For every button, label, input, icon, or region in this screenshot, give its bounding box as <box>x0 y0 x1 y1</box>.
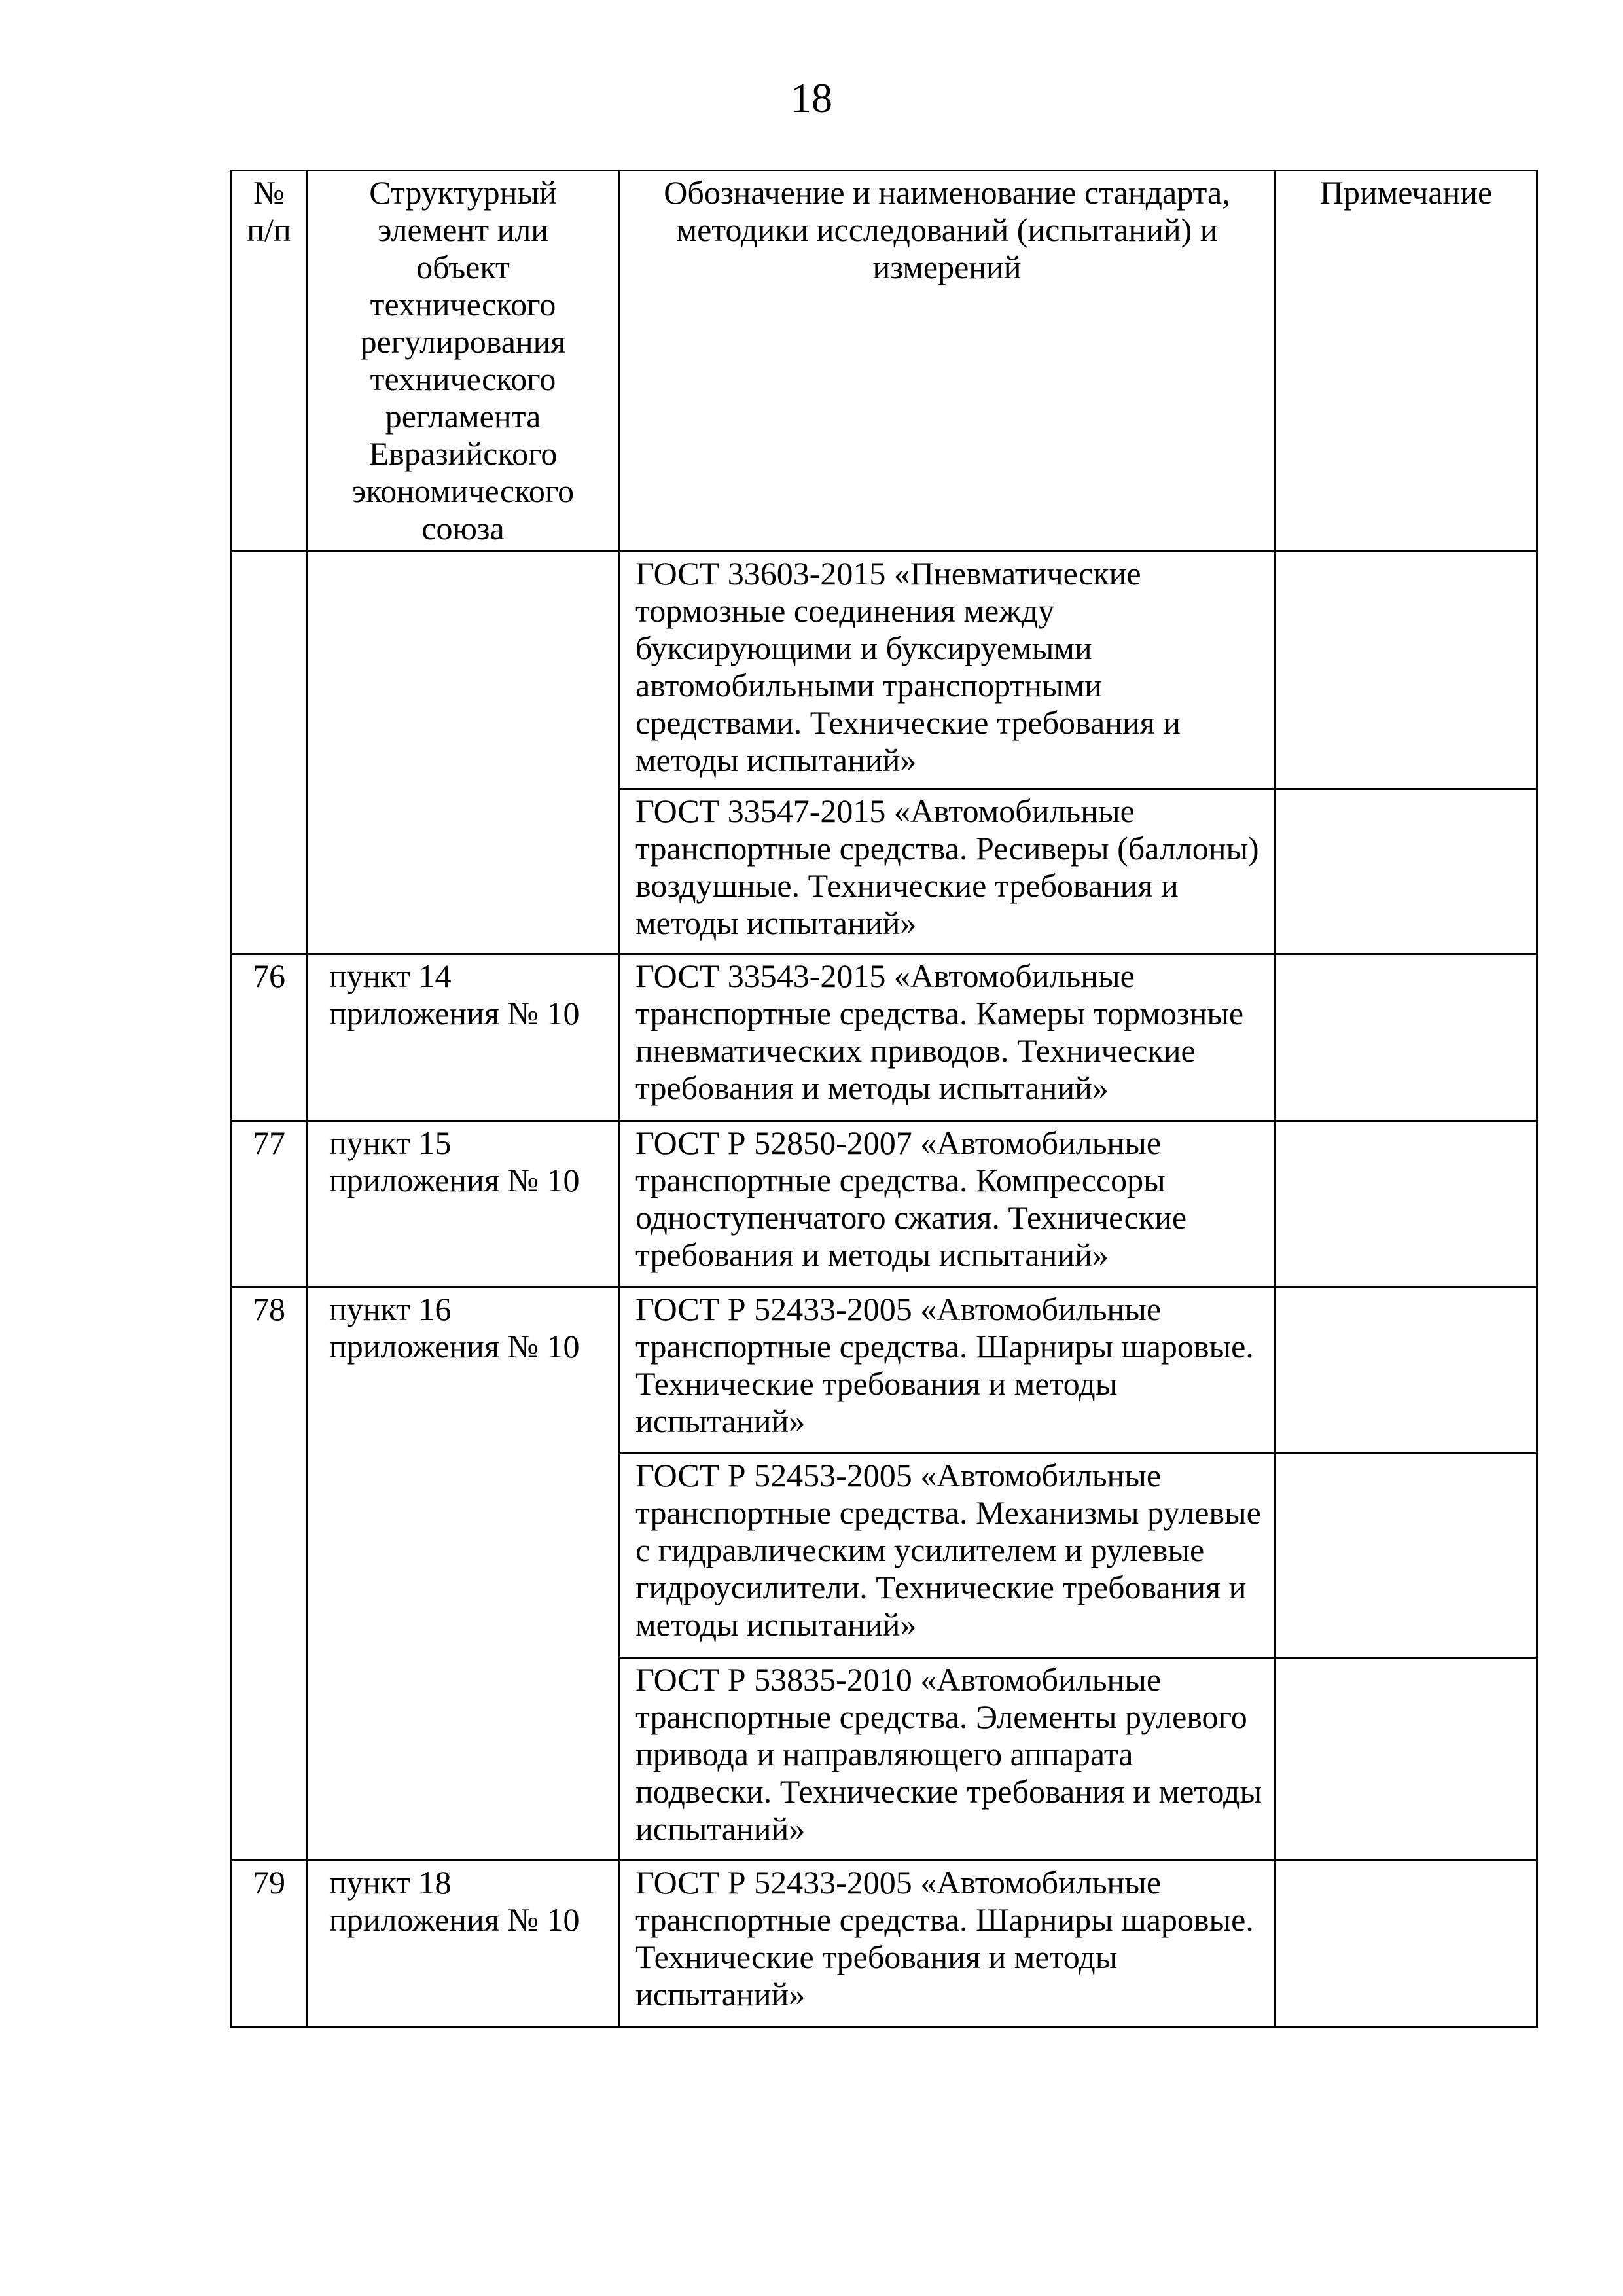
row-standard-cell: ГОСТ Р 52433-2005 «Автомобильные транспо… <box>619 1861 1275 2028</box>
page-number: 18 <box>0 72 1623 124</box>
table-header-row: № п/п Структурный элемент или объект тех… <box>231 171 1537 552</box>
row-standard-cell: ГОСТ 33543-2015 «Автомобильные транспорт… <box>619 954 1275 1121</box>
row-standard-cell: ГОСТ 33547-2015 «Автомобильные транспорт… <box>619 789 1275 954</box>
row-note-cell <box>1275 1121 1537 1287</box>
row-element-cell <box>308 552 619 954</box>
row-standard-cell: ГОСТ Р 52850-2007 «Автомобильные транспо… <box>619 1121 1275 1287</box>
row-element-cell: пункт 16 приложения № 10 <box>308 1287 619 1861</box>
header-element: Структурный элемент или объект техническ… <box>308 171 619 552</box>
table-row: 77 пункт 15 приложения № 10 ГОСТ Р 52850… <box>231 1121 1537 1287</box>
table-row: 78 пункт 16 приложения № 10 ГОСТ Р 52433… <box>231 1287 1537 1454</box>
table-row: 76 пункт 14 приложения № 10 ГОСТ 33543-2… <box>231 954 1537 1121</box>
header-note: Примечание <box>1275 171 1537 552</box>
row-element-cell: пункт 14 приложения № 10 <box>308 954 619 1121</box>
row-element-cell: пункт 18 приложения № 10 <box>308 1861 619 2028</box>
standards-table: № п/п Структурный элемент или объект тех… <box>230 170 1538 2028</box>
row-note-cell <box>1275 1861 1537 2028</box>
table-row: ГОСТ 33603-2015 «Пневматические тормозны… <box>231 552 1537 789</box>
row-note-cell <box>1275 789 1537 954</box>
row-standard-cell: ГОСТ Р 52453-2005 «Автомобильные транспо… <box>619 1454 1275 1658</box>
row-num-cell: 77 <box>231 1121 308 1287</box>
row-standard-cell: ГОСТ 33603-2015 «Пневматические тормозны… <box>619 552 1275 789</box>
row-element-cell: пункт 15 приложения № 10 <box>308 1121 619 1287</box>
row-note-cell <box>1275 1454 1537 1658</box>
row-note-cell <box>1275 552 1537 789</box>
row-num-cell <box>231 552 308 954</box>
table-row: 79 пункт 18 приложения № 10 ГОСТ Р 52433… <box>231 1861 1537 2028</box>
header-standard: Обозначение и наименование стандарта, ме… <box>619 171 1275 552</box>
row-note-cell <box>1275 1658 1537 1861</box>
row-note-cell <box>1275 954 1537 1121</box>
row-num-cell: 79 <box>231 1861 308 2028</box>
header-num: № п/п <box>231 171 308 552</box>
row-standard-cell: ГОСТ Р 53835-2010 «Автомобильные транспо… <box>619 1658 1275 1861</box>
row-num-cell: 76 <box>231 954 308 1121</box>
row-num-cell: 78 <box>231 1287 308 1861</box>
row-note-cell <box>1275 1287 1537 1454</box>
row-standard-cell: ГОСТ Р 52433-2005 «Автомобильные транспо… <box>619 1287 1275 1454</box>
